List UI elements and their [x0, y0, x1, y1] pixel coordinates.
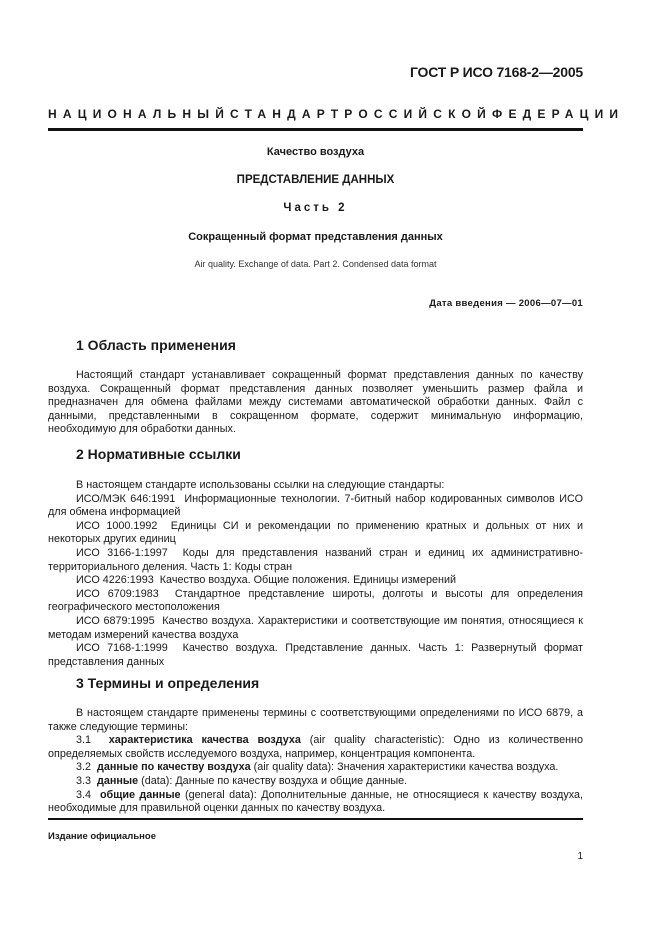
reference-item: ИСО/МЭК 646:1991 Информационные технолог… [48, 493, 583, 520]
introduction-date: Дата введения — 2006—07—01 [429, 298, 583, 309]
reference-item: ИСО 1000.1992 Единицы СИ и рекомендации … [48, 520, 583, 547]
paragraph: В настоящем стандарте использованы ссылк… [48, 479, 583, 493]
header-rule [48, 128, 583, 131]
reference-code: ИСО/МЭК 646:1991 [76, 493, 175, 505]
term-name: данные [97, 775, 138, 787]
paragraph: В настоящем стандарте применены термины … [48, 707, 583, 734]
term-definition: Значения характеристики качества воздуха… [337, 761, 558, 773]
reference-item: ИСО 3166-1:1997 Коды для представления н… [48, 547, 583, 574]
reference-code: ИСО 4226:1993 [76, 574, 154, 586]
reference-item: ИСО 7168-1:1999 Качество воздуха. Предст… [48, 642, 583, 669]
section-1-heading: 1 Область применения [76, 337, 236, 353]
term-item: 3.2 данные по качеству воздуха (air qual… [48, 761, 583, 775]
term-definition: Данные по качеству воздуха и общие данны… [175, 775, 407, 787]
footer-rule [48, 818, 583, 820]
section-1-body: Настоящий стандарт устанавливает сокраще… [48, 369, 583, 437]
reference-item: ИСО 6879:1995 Качество воздуха. Характер… [48, 615, 583, 642]
reference-code: ИСО 6709:1983 [76, 588, 159, 600]
page-number: 1 [577, 851, 583, 862]
term-english: (general data): [185, 789, 257, 801]
term-item: 3.1 характеристика качества воздуха (air… [48, 734, 583, 761]
reference-code: ИСО 7168-1:1999 [76, 642, 168, 654]
edition-label: Издание официальное [48, 831, 156, 842]
reference-code: ИСО 1000.1992 [76, 520, 157, 532]
reference-item: ИСО 4226:1993 Качество воздуха. Общие по… [48, 574, 583, 588]
section-2-body: В настоящем стандарте использованы ссылк… [48, 479, 583, 669]
reference-title: Качество воздуха. Общие положения. Едини… [160, 574, 456, 586]
term-english: (air quality data): [254, 761, 334, 773]
subject-title: Качество воздуха [48, 146, 583, 158]
section-3-heading: 3 Термины и определения [76, 675, 259, 691]
term-name: данные по качеству воздуха [97, 761, 251, 773]
reference-code: ИСО 6879:1995 [76, 615, 155, 627]
term-number: 3.4 [76, 789, 91, 801]
banner-word: СТАНДАРТ [230, 107, 344, 121]
term-number: 3.3 [76, 775, 91, 787]
term-english: (air quality characteristic): [310, 734, 445, 746]
document-number: ГОСТ Р ИСО 7168-2—2005 [410, 64, 583, 80]
national-standard-banner: НАЦИОНАЛЬНЫЙ СТАНДАРТ РОССИЙСКОЙ ФЕДЕРАЦ… [48, 107, 583, 121]
document-title: ПРЕДСТАВЛЕНИЕ ДАННЫХ [48, 174, 583, 186]
banner-word: РОССИЙСКОЙ [344, 107, 492, 121]
document-subtitle: Сокращенный формат представления данных [48, 231, 583, 243]
reference-code: ИСО 3166-1:1997 [76, 547, 168, 559]
reference-item: ИСО 6709:1983 Стандартное представление … [48, 588, 583, 615]
term-number: 3.2 [76, 761, 91, 773]
part-label: Часть 2 [48, 202, 583, 214]
term-number: 3.1 [76, 734, 91, 746]
term-name: общие данные [100, 789, 181, 801]
term-name: характеристика качества воздуха [109, 734, 301, 746]
paragraph: Настоящий стандарт устанавливает сокраще… [48, 369, 583, 437]
term-item: 3.3 данные (data): Данные по качеству во… [48, 775, 583, 789]
english-title: Air quality. Exchange of data. Part 2. C… [48, 259, 583, 269]
term-english: (data): [141, 775, 172, 787]
banner-word: НАЦИОНАЛЬНЫЙ [48, 107, 230, 121]
section-3-body: В настоящем стандарте применены термины … [48, 707, 583, 816]
term-item: 3.4 общие данные (general data): Дополни… [48, 789, 583, 816]
document-page: ГОСТ Р ИСО 7168-2—2005 НАЦИОНАЛЬНЫЙ СТАН… [0, 0, 661, 936]
section-2-heading: 2 Нормативные ссылки [76, 446, 241, 462]
banner-word: ФЕДЕРАЦИИ [492, 107, 624, 121]
